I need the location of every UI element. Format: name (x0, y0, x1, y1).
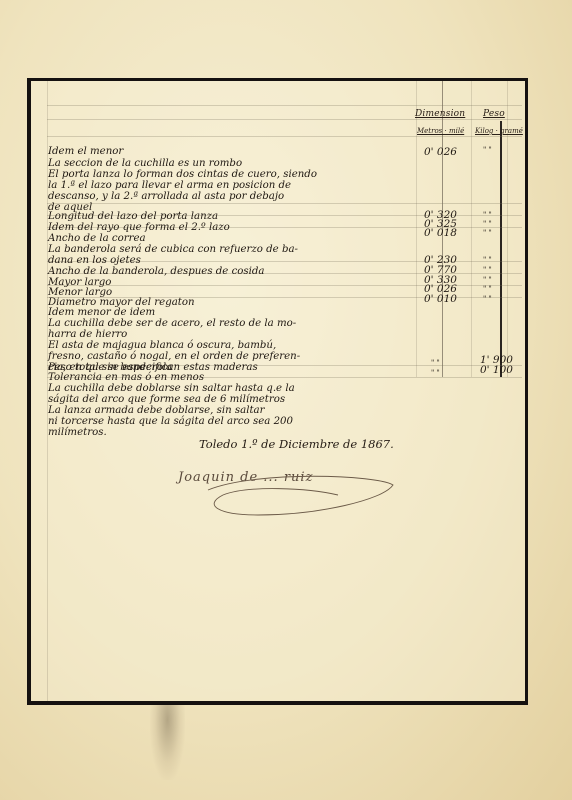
weight-value: " " (483, 256, 492, 264)
row-rule (47, 203, 522, 204)
header-rule (47, 119, 522, 120)
dimension-value: 0' 018 (424, 227, 457, 239)
column-header-dimension: Dimension (415, 109, 465, 119)
weight-value: " " (483, 146, 492, 154)
weight-value: " " (483, 276, 492, 284)
column-header-weight: Peso (483, 109, 505, 119)
weight-value: " " (483, 229, 492, 237)
column-rule (471, 81, 472, 377)
column-rule (416, 81, 417, 377)
header-rule (47, 136, 522, 137)
weight-value: " " (483, 295, 492, 303)
row-text: Idem el menor (48, 146, 123, 158)
column-rule (500, 121, 502, 377)
weight-value: " " (483, 211, 492, 219)
weight-value: 0' 100 (480, 364, 513, 376)
paper-stain (150, 705, 185, 780)
column-subheader-weight: Kilog · gramé (475, 127, 523, 135)
weight-value: " " (483, 220, 492, 228)
dimension-value: " " (431, 359, 440, 367)
dimension-value: 0' 026 (424, 146, 457, 158)
column-subheader-dimension: Metros · milé (417, 127, 464, 135)
dimension-value: 0' 010 (424, 293, 457, 305)
date-line: Toledo 1.º de Diciembre de 1867. (199, 437, 394, 451)
weight-value: " " (483, 266, 492, 274)
header-rule (47, 105, 522, 106)
note-line: milímetros. (48, 427, 107, 439)
weight-value: " " (483, 285, 492, 293)
signature-flourish-icon (198, 470, 398, 525)
dimension-value: " " (431, 369, 440, 377)
column-rule (507, 81, 508, 377)
